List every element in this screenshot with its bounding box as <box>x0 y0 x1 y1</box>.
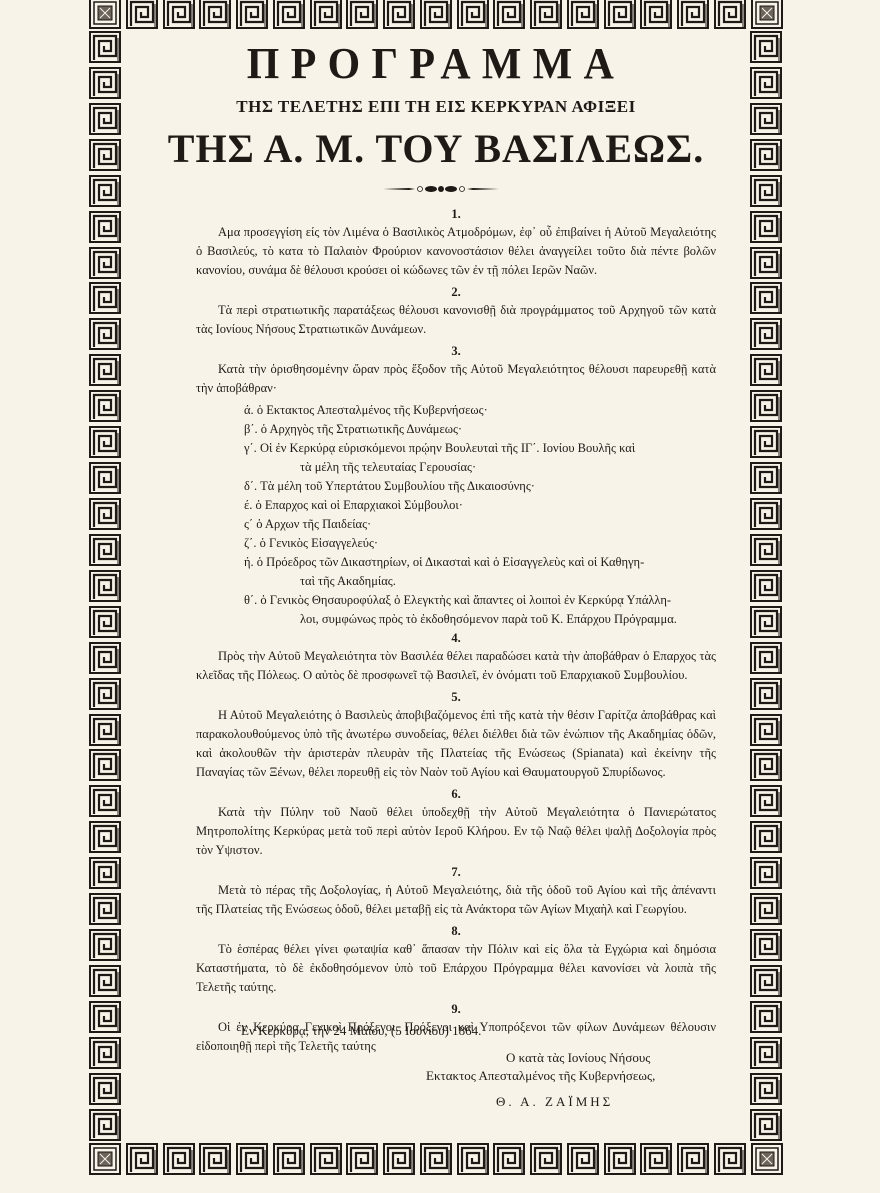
section-paragraph: Κατὰ τὴν ὁρισθησομένην ὥραν πρὸς ἔξοδον … <box>196 360 716 398</box>
meander-tile-icon <box>88 641 122 675</box>
program-body: 1.Αμα προσεγγίση είς τὸν Λιμένα ὁ Βασιλι… <box>196 205 716 1059</box>
section-paragraph: Τὸ ἑσπέρας θέλει γίνει φωταψία καθ᾽ ἅπασ… <box>196 940 716 997</box>
meander-tile-icon <box>88 820 122 854</box>
attendee-list-item: ς΄ ὁ Αρχων τῆς Παιδείας· <box>244 515 716 534</box>
meander-tile-icon <box>88 317 122 351</box>
meander-tile-icon <box>88 246 122 280</box>
attendee-list-item: γ΄. Οἱ ἐν Κερκύρᾳ εὑρισκόμενοι πρῴην Βου… <box>244 439 716 477</box>
list-item-continuation: λοι, συμφώνως πρὸς τὸ ἐκδοθησόμενον παρὰ… <box>244 610 716 629</box>
list-item-text: ὁ Επαρχος καὶ οἱ Επαρχιακοὶ Σύμβουλοι· <box>256 498 463 512</box>
meander-tile-icon <box>749 856 783 890</box>
meander-tile-icon <box>749 30 783 64</box>
list-item-label: γ΄. <box>244 441 257 455</box>
meander-tile-icon <box>749 246 783 280</box>
ornament-divider-icon <box>381 183 501 195</box>
list-item-text: ὁ Αρχηγὸς τῆς Στρατιωτικῆς Δυνάμεως· <box>261 422 462 436</box>
meander-tile-icon <box>88 605 122 639</box>
attendee-list-item: έ. ὁ Επαρχος καὶ οἱ Επαρχιακοὶ Σύμβουλοι… <box>244 496 716 515</box>
document-title: ΠΡΟΓΡΑΜΜΑ <box>142 40 731 88</box>
meander-tile-icon <box>749 820 783 854</box>
list-item-label: δ΄. <box>244 479 257 493</box>
meander-tile-icon <box>88 281 122 315</box>
meander-tile-icon <box>749 641 783 675</box>
meander-tile-icon <box>88 1142 122 1176</box>
meander-tile-icon <box>88 353 122 387</box>
signatory-name: Θ. Α. ΖΑΪΜΗΣ <box>496 1094 613 1110</box>
meander-tile-icon <box>749 210 783 244</box>
meander-tile-icon <box>88 389 122 423</box>
meander-tile-icon <box>749 784 783 818</box>
signature-line-1: Ο κατὰ τὰς Ιονίους Νήσους <box>506 1050 650 1066</box>
section-number: 8. <box>196 922 716 940</box>
meander-tile-icon <box>88 569 122 603</box>
list-item-label: ή. <box>244 555 254 569</box>
meander-tile-icon <box>749 713 783 747</box>
meander-tile-icon <box>749 425 783 459</box>
attendee-list-item: ζ΄. ὁ Γενικὸς Εἰσαγγελεύς· <box>244 534 716 553</box>
list-item-text: ὁ Πρόεδρος τῶν Δικαστηρίων, οἱ Δικασταὶ … <box>257 555 644 569</box>
meander-tile-icon <box>88 748 122 782</box>
document-subtitle-king: ΤΗΣ Α. Μ. ΤΟΥ ΒΑΣΙΛΕΩΣ. <box>126 125 746 172</box>
section-number: 6. <box>196 785 716 803</box>
meander-tile-icon <box>88 102 122 136</box>
meander-tile-icon <box>749 66 783 100</box>
meander-tile-icon <box>88 138 122 172</box>
meander-tile-icon <box>88 928 122 962</box>
border-right <box>749 30 784 1142</box>
meander-tile-icon <box>88 174 122 208</box>
meander-tile-icon <box>88 784 122 818</box>
meander-tile-icon <box>88 425 122 459</box>
section-paragraph: Πρὸς τὴν Αὐτοῦ Μεγαλειότητα τὸν Βασιλέα … <box>196 647 716 685</box>
document-content: ΠΡΟΓΡΑΜΜΑ ΤΗΣ ΤΕΛΕΤΗΣ ΕΠΙ ΤΗ ΕΙΣ ΚΕΡΚΥΡΑ… <box>126 0 746 1150</box>
list-item-text: ὁ Εκτακτος Απεσταλμένος τῆς Κυβερνήσεως· <box>257 403 488 417</box>
meander-tile-icon <box>749 174 783 208</box>
section-paragraph: Μετὰ τὸ πέρας τῆς Δοξολογίας, ἡ Αὐτοῦ Με… <box>196 881 716 919</box>
meander-tile-icon <box>749 569 783 603</box>
meander-tile-icon <box>749 1108 783 1142</box>
meander-tile-icon <box>749 1036 783 1070</box>
meander-tile-icon <box>749 1000 783 1034</box>
meander-tile-icon <box>749 605 783 639</box>
meander-tile-icon <box>749 353 783 387</box>
attendee-list-item: ά. ὁ Εκτακτος Απεσταλμένος τῆς Κυβερνήσε… <box>244 401 716 420</box>
section-paragraph: Κατὰ τὴν Πύλην τοῦ Ναοῦ θέλει ὑποδεχθῇ τ… <box>196 803 716 860</box>
list-item-text: ὁ Γενικὸς Εἰσαγγελεύς· <box>260 536 378 550</box>
section-number: 9. <box>196 1000 716 1018</box>
section-paragraph: Τὰ περὶ στρατιωτικῆς παρατάξεως θέλουσι … <box>196 301 716 339</box>
list-item-text: Οἱ ἐν Κερκύρᾳ εὑρισκόμενοι πρῴην Βουλευτ… <box>260 441 635 455</box>
meander-tile-icon <box>749 281 783 315</box>
meander-tile-icon <box>750 1142 784 1176</box>
section-paragraph: Αμα προσεγγίση είς τὸν Λιμένα ὁ Βασιλικὸ… <box>196 223 716 280</box>
section-number: 7. <box>196 863 716 881</box>
meander-tile-icon <box>749 677 783 711</box>
list-item-continuation: ταὶ τῆς Ακαδημίας. <box>244 572 716 591</box>
date-line: Εν Κερκύρᾳ, τὴν 24 Μαΐου, (5 Ιουνίου) 18… <box>241 1023 481 1039</box>
meander-tile-icon <box>749 964 783 998</box>
section-number: 4. <box>196 629 716 647</box>
meander-tile-icon <box>88 856 122 890</box>
section-number: 5. <box>196 688 716 706</box>
meander-tile-icon <box>88 1000 122 1034</box>
section-paragraph: Η Αὐτοῦ Μεγαλειότης ὁ Βασιλεὺς ἀποβιβαζό… <box>196 706 716 782</box>
meander-tile-icon <box>88 461 122 495</box>
meander-tile-icon <box>88 0 122 30</box>
meander-tile-icon <box>88 677 122 711</box>
meander-tile-icon <box>88 497 122 531</box>
list-item-label: ά. <box>244 403 254 417</box>
section-number: 3. <box>196 342 716 360</box>
list-item-label: θ΄. <box>244 593 257 607</box>
meander-tile-icon <box>749 389 783 423</box>
attendee-list-item: δ΄. Τὰ μέλη τοῦ Υπερτάτου Συμβουλίου τῆς… <box>244 477 716 496</box>
list-item-label: β΄. <box>244 422 258 436</box>
meander-tile-icon <box>88 1036 122 1070</box>
meander-tile-icon <box>749 1072 783 1106</box>
list-item-label: ς΄ <box>244 517 253 531</box>
meander-tile-icon <box>88 30 122 64</box>
meander-tile-icon <box>88 892 122 926</box>
meander-tile-icon <box>749 892 783 926</box>
attendee-list-item: β΄. ὁ Αρχηγὸς τῆς Στρατιωτικῆς Δυνάμεως· <box>244 420 716 439</box>
list-item-label: έ. <box>244 498 252 512</box>
meander-tile-icon <box>88 1072 122 1106</box>
meander-tile-icon <box>749 102 783 136</box>
meander-tile-icon <box>88 210 122 244</box>
meander-tile-icon <box>749 748 783 782</box>
meander-tile-icon <box>750 0 784 30</box>
meander-tile-icon <box>749 317 783 351</box>
meander-tile-icon <box>749 533 783 567</box>
list-item-text: ὁ Αρχων τῆς Παιδείας· <box>256 517 371 531</box>
meander-tile-icon <box>88 964 122 998</box>
meander-tile-icon <box>88 713 122 747</box>
meander-tile-icon <box>88 66 122 100</box>
border-left <box>88 30 123 1142</box>
attendee-list-item: θ΄. ὁ Γενικὸς Θησαυροφύλαξ ὁ Ελεγκτὴς κα… <box>244 591 716 629</box>
signature-line-2: Εκτακτος Απεσταλμένος τῆς Κυβερνήσεως, <box>426 1068 655 1084</box>
meander-tile-icon <box>749 928 783 962</box>
list-item-continuation: τὰ μέλη τῆς τελευταίας Γερουσίας· <box>244 458 716 477</box>
meander-tile-icon <box>749 461 783 495</box>
document-subtitle: ΤΗΣ ΤΕΛΕΤΗΣ ΕΠΙ ΤΗ ΕΙΣ ΚΕΡΚΥΡΑΝ ΑΦΙΞΕΙ <box>126 97 746 117</box>
list-item-label: ζ΄. <box>244 536 256 550</box>
meander-tile-icon <box>749 138 783 172</box>
section-number: 2. <box>196 283 716 301</box>
meander-tile-icon <box>88 1108 122 1142</box>
list-item-text: Τὰ μέλη τοῦ Υπερτάτου Συμβουλίου τῆς Δικ… <box>260 479 535 493</box>
list-item-text: ὁ Γενικὸς Θησαυροφύλαξ ὁ Ελεγκτὴς καὶ ἅπ… <box>260 593 671 607</box>
attendee-list-item: ή. ὁ Πρόεδρος τῶν Δικαστηρίων, οἱ Δικαστ… <box>244 553 716 591</box>
section-number: 1. <box>196 205 716 223</box>
meander-tile-icon <box>88 533 122 567</box>
meander-tile-icon <box>749 497 783 531</box>
